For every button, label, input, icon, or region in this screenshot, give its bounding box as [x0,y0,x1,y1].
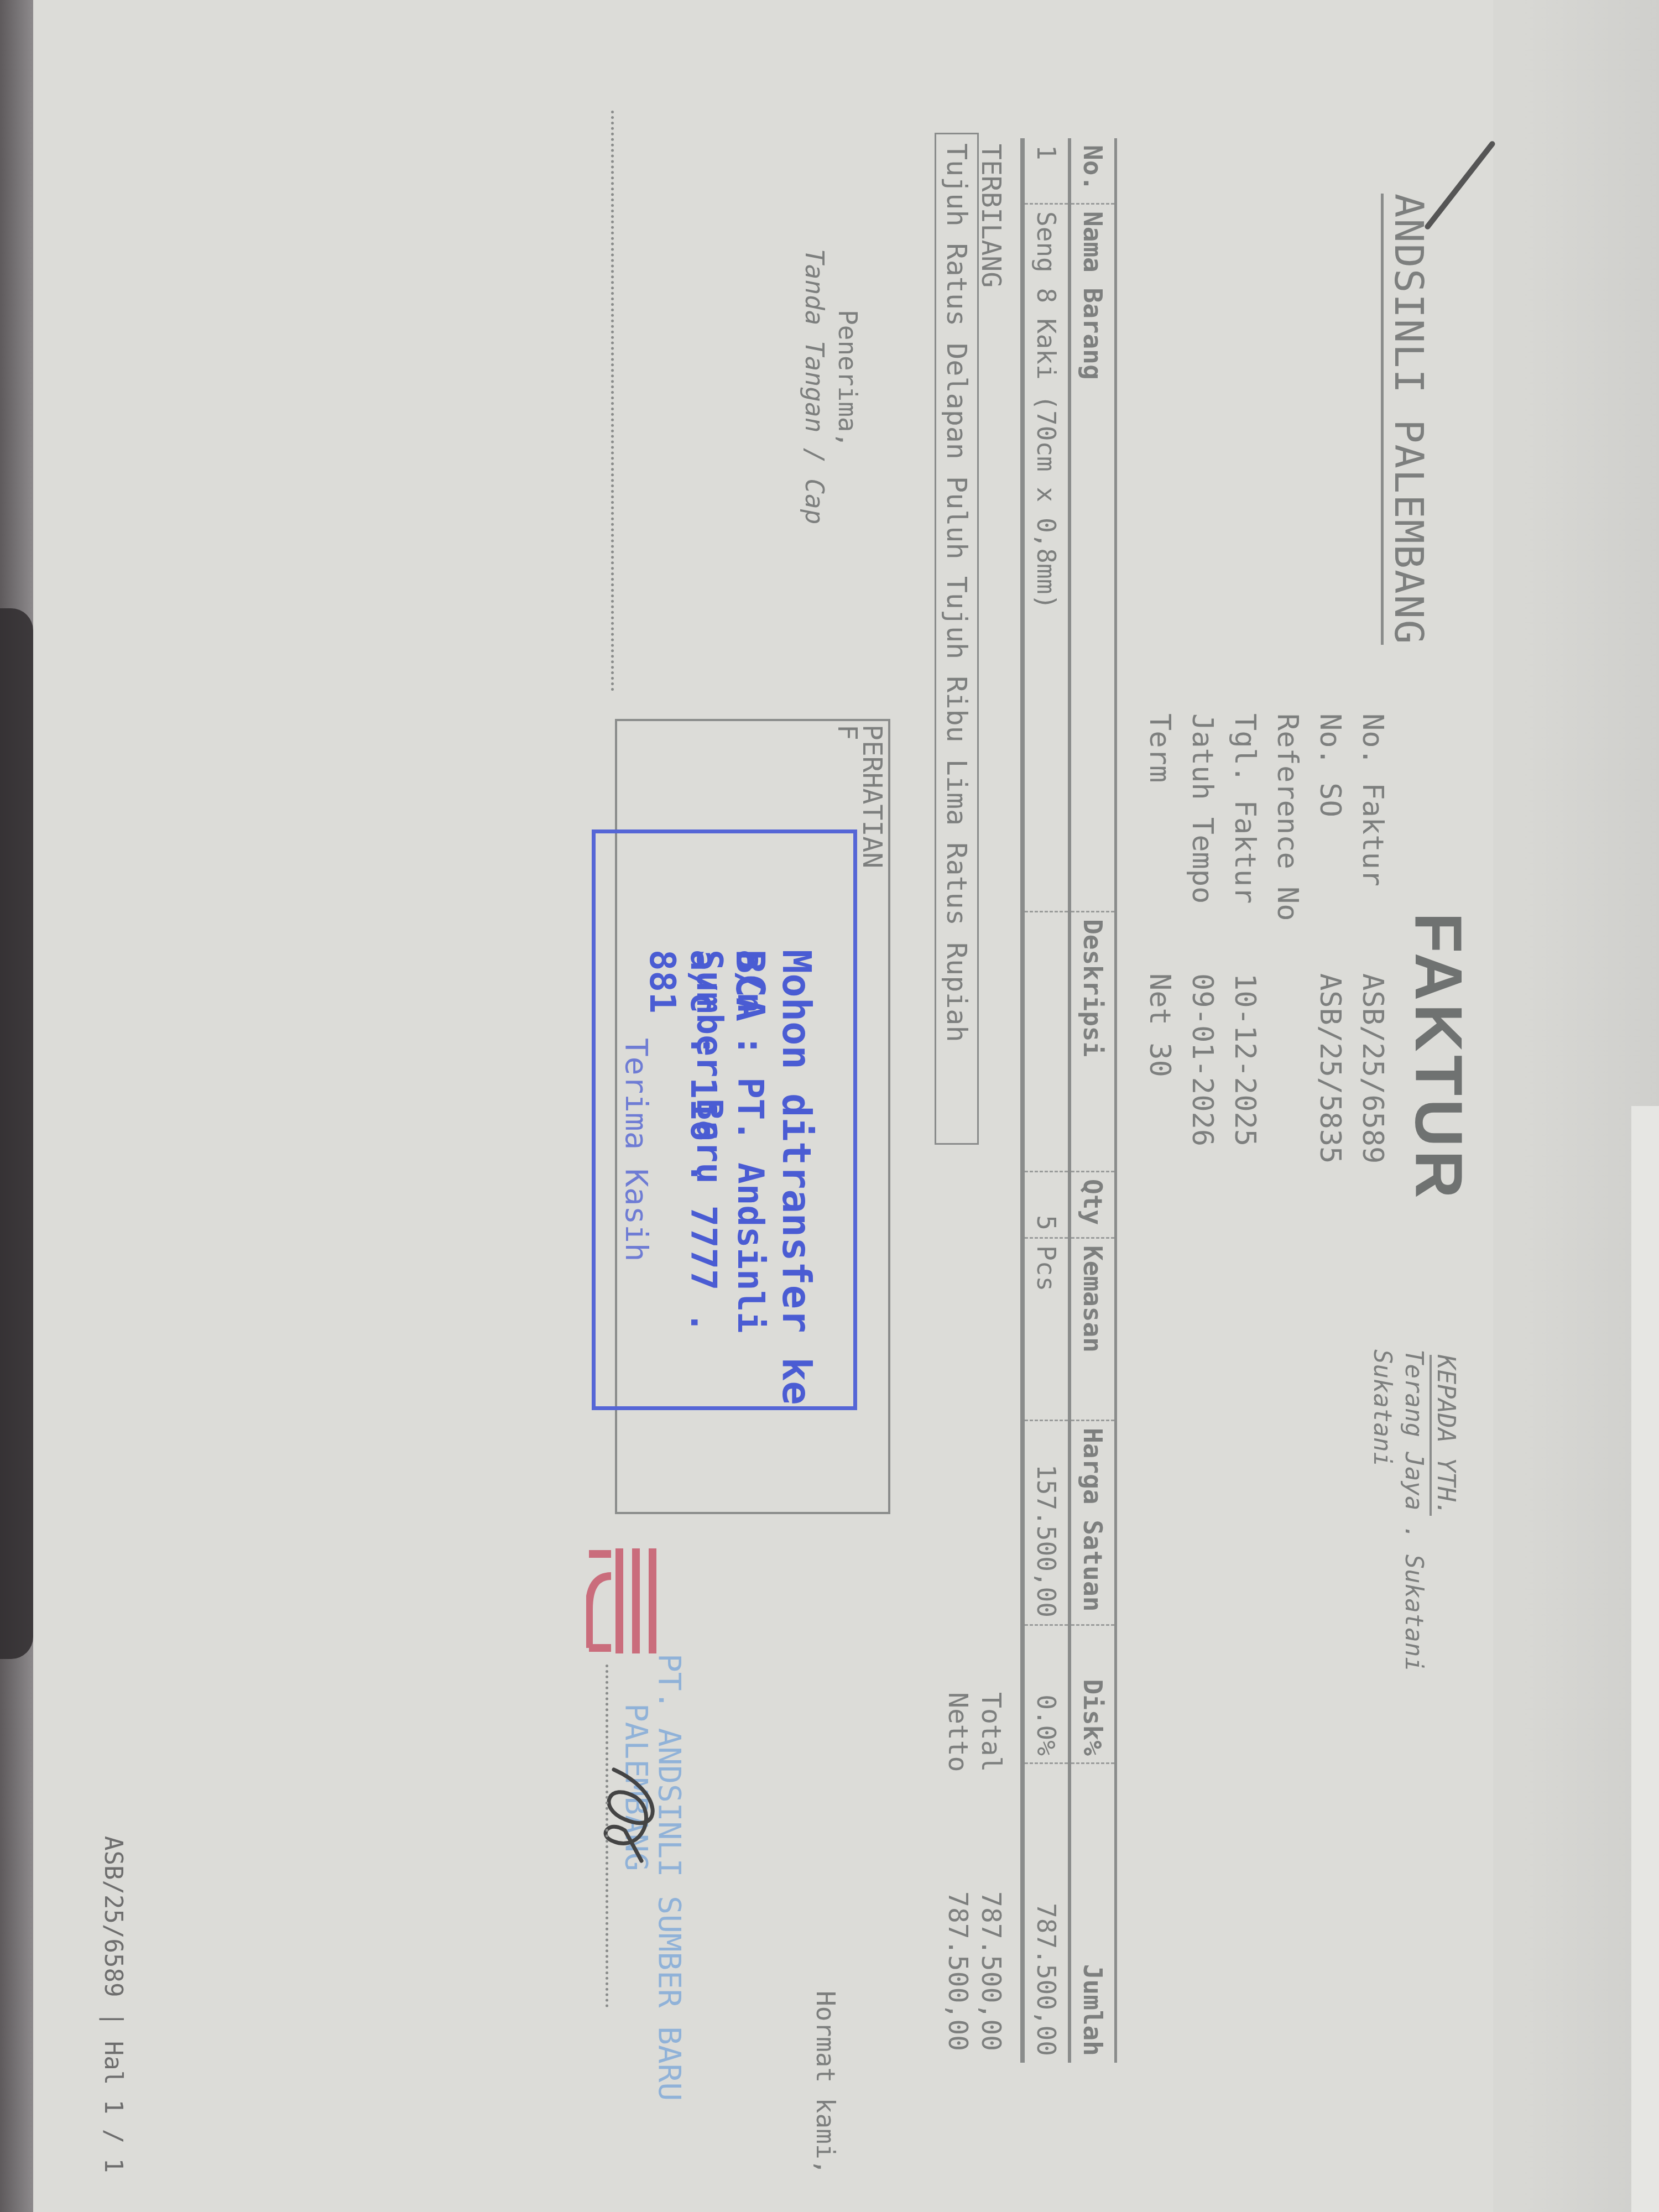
perhatian-marker: F [832,724,863,740]
hormat-kami-label: Hormat kami, [811,1991,841,2174]
col-header-kemasan: Kemasan [1071,1239,1114,1421]
total-label: Total [975,1692,1006,1772]
cell-qty: 5 [1025,1172,1068,1239]
netto-value: 787.500,00 [942,1891,973,2051]
meta-label: Jatuh Tempo [1181,713,1223,973]
cell-harga-satuan: 157.500,00 [1025,1421,1068,1626]
recipient-line-2: Sukatani [1368,1349,1396,1467]
meta-value: 10-12-2025 [1223,973,1266,1146]
signature-icon [592,1759,675,1869]
company-stamp: PT. ANDSINLI SUMBER BARU PALEMBANG [619,1653,686,2101]
col-header-harga-satuan: Harga Satuan [1071,1421,1114,1626]
netto-label: Netto [942,1692,973,1772]
col-header-disk: Disk% [1071,1626,1114,1764]
table-row: 1 Seng 8 Kaki (70cm x 0,8mm) 5 Pcs 157.5… [1025,138,1068,2063]
meta-row-no-faktur: No. FakturASB/25/6589 [1351,713,1394,1164]
company-stamp-line-1: PT. ANDSINLI SUMBER BARU [653,1653,686,2101]
meta-label: Term [1138,713,1181,973]
cell-jumlah: 787.500,00 [1025,1764,1068,2063]
col-header-jumlah: Jumlah [1071,1764,1114,2063]
penerima-signature-label: Tanda Tangan / Cap [800,249,830,525]
meta-label: No. SO [1308,713,1351,973]
company-stamp-line-2: PALEMBANG [619,1653,653,2101]
recipient-line-1: Terang Jaya . Sukatani [1400,1349,1428,1672]
background-paper-edge [1631,1106,1659,2212]
meta-row-tgl-faktur: Tgl. Faktur10-12-2025 [1223,713,1266,1164]
invoice-meta: No. FakturASB/25/6589 No. SOASB/25/5835 … [1138,713,1394,1164]
total-value: 787.500,00 [975,1891,1006,2051]
meta-label: Reference No [1266,713,1308,973]
document-title: FAKTUR [1400,912,1477,1202]
items-table: No. Nama Barang Deskripsi Qty Kemasan Ha… [1020,138,1117,2063]
terbilang-text: Tujuh Ratus Delapan Puluh Tujuh Ribu Lim… [935,133,979,1145]
cell-no: 1 [1025,138,1068,205]
red-stamp-icon [567,1543,664,1659]
meta-value: ASB/25/6589 [1351,973,1394,1164]
meta-value: ASB/25/5835 [1308,973,1351,1164]
penerima-label: Penerima, [833,310,863,447]
bank-transfer-stamp: Mohon ditransfer ke BCA a/n : PT. Andsin… [592,830,857,1410]
background-shadow [0,608,33,1659]
meta-value: Net 30 [1138,973,1181,1077]
penerima-signature-line [611,111,614,691]
col-header-deskripsi: Deskripsi [1071,912,1114,1172]
table-header-row: No. Nama Barang Deskripsi Qty Kemasan Ha… [1068,138,1114,2063]
meta-value: 09-01-2026 [1181,973,1223,1146]
col-header-nama-barang: Nama Barang [1071,205,1114,912]
cell-disk: 0.0% [1025,1626,1068,1764]
recipient-label: KEPADA YTH. [1430,1355,1460,1516]
invoice-paper: ANDSINLI PALEMBANG FAKTUR KEPADA YTH. Te… [33,0,1493,2212]
perhatian-label: PERHATIAN [857,724,888,868]
cell-nama-barang: Seng 8 Kaki (70cm x 0,8mm) [1025,205,1068,912]
cell-deskripsi [1025,912,1068,1172]
meta-label: Tgl. Faktur [1223,713,1266,973]
invoice-document: ANDSINLI PALEMBANG FAKTUR KEPADA YTH. Te… [33,0,1493,2212]
col-header-qty: Qty [1071,1172,1114,1239]
terbilang-label: TERBILANG [975,144,1006,288]
stamp-line-4: Terima Kasih [618,1038,654,1262]
hormat-signature-line [606,1665,608,2007]
meta-row-jatuh-tempo: Jatuh Tempo09-01-2026 [1181,713,1223,1164]
meta-row-term: TermNet 30 [1138,713,1181,1164]
company-name: ANDSINLI PALEMBANG [1381,194,1432,645]
meta-label: No. Faktur [1351,713,1394,973]
page-footer: ASB/25/6589 | Hal 1 / 1 [99,1836,127,2173]
meta-row-no-so: No. SOASB/25/5835 [1308,713,1351,1164]
pen-mark [1423,140,1496,231]
cell-kemasan: Pcs [1025,1239,1068,1421]
col-header-no: No. [1071,138,1114,205]
meta-row-reference: Reference No [1266,713,1308,1164]
